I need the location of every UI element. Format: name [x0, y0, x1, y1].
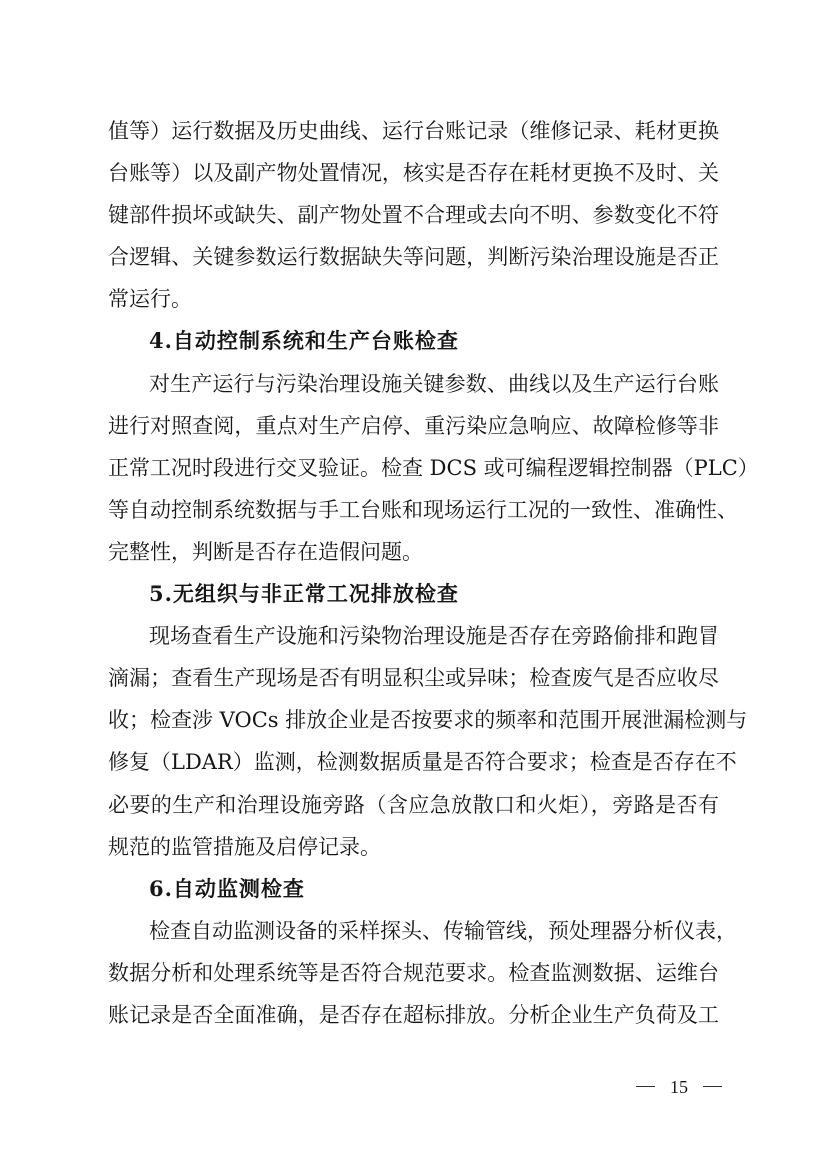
section-heading: 4.自动控制系统和生产台账检查: [108, 320, 719, 362]
page-number-footer: — 15 —: [636, 1073, 722, 1101]
text-line: 修复（LDAR）监测，检测数据质量是否符合要求；检查是否存在不: [108, 741, 719, 783]
section-heading: 6.自动监测检查: [108, 868, 719, 910]
text-line: 进行对照查阅，重点对生产启停、重污染应急响应、故障检修等非: [108, 405, 719, 447]
text-line: 账记录是否全面准确，是否存在超标排放。分析企业生产负荷及工: [108, 994, 719, 1036]
section-6: 6.自动监测检查 检查自动监测设备的采样探头、传输管线，预处理器分析仪表， 数据…: [108, 868, 719, 1036]
text-line: 台账等）以及副产物处置情况，核实是否存在耗材更换不及时、关: [108, 152, 719, 194]
text-line: 合逻辑、关键参数运行数据缺失等问题，判断污染治理设施是否正: [108, 236, 719, 278]
text-line: 等自动控制系统数据与手工台账和现场运行工况的一致性、准确性、: [108, 489, 719, 531]
section-6-paragraph: 检查自动监测设备的采样探头、传输管线，预处理器分析仪表， 数据分析和处理系统等是…: [108, 910, 719, 1036]
text-line: 正常工况时段进行交叉验证。检查 DCS 或可编程逻辑控制器（PLC）: [108, 447, 719, 489]
text-line: 值等）运行数据及历史曲线、运行台账记录（维修记录、耗材更换: [108, 110, 719, 152]
text-line: 收；检查涉 VOCs 排放企业是否按要求的频率和范围开展泄漏检测与: [108, 699, 719, 741]
text-line: 对生产运行与污染治理设施关键参数、曲线以及生产运行台账: [108, 363, 719, 405]
text-line: 键部件损坏或缺失、副产物处置不合理或去向不明、参数变化不符: [108, 194, 719, 236]
text-line: 必要的生产和治理设施旁路（含应急放散口和火炬），旁路是否有: [108, 784, 719, 826]
text-line: 规范的监管措施及启停记录。: [108, 826, 719, 868]
text-line: 滴漏；查看生产现场是否有明显积尘或异味；检查废气是否应收尽: [108, 657, 719, 699]
page-number: 15: [670, 1077, 688, 1098]
section-5-paragraph: 现场查看生产设施和污染物治理设施是否存在旁路偷排和跑冒 滴漏；查看生产现场是否有…: [108, 615, 719, 868]
text-line: 数据分析和处理系统等是否符合规范要求。检查监测数据、运维台: [108, 952, 719, 994]
page-number-dash-left: —: [636, 1086, 655, 1088]
section-4: 4.自动控制系统和生产台账检查 对生产运行与污染治理设施关键参数、曲线以及生产运…: [108, 320, 719, 573]
text-line: 现场查看生产设施和污染物治理设施是否存在旁路偷排和跑冒: [108, 615, 719, 657]
text-line: 完整性，判断是否存在造假问题。: [108, 531, 719, 573]
document-page: 值等）运行数据及历史曲线、运行台账记录（维修记录、耗材更换 台账等）以及副产物处…: [0, 0, 826, 1169]
document-body: 值等）运行数据及历史曲线、运行台账记录（维修记录、耗材更换 台账等）以及副产物处…: [108, 110, 719, 1036]
section-4-paragraph: 对生产运行与污染治理设施关键参数、曲线以及生产运行台账 进行对照查阅，重点对生产…: [108, 363, 719, 573]
text-line: 常运行。: [108, 278, 719, 320]
section-5: 5.无组织与非正常工况排放检查 现场查看生产设施和污染物治理设施是否存在旁路偷排…: [108, 573, 719, 868]
text-line: 检查自动监测设备的采样探头、传输管线，预处理器分析仪表，: [108, 910, 719, 952]
section-3-paragraph-continuation: 值等）运行数据及历史曲线、运行台账记录（维修记录、耗材更换 台账等）以及副产物处…: [108, 110, 719, 320]
section-heading: 5.无组织与非正常工况排放检查: [108, 573, 719, 615]
page-number-dash-right: —: [703, 1086, 722, 1088]
